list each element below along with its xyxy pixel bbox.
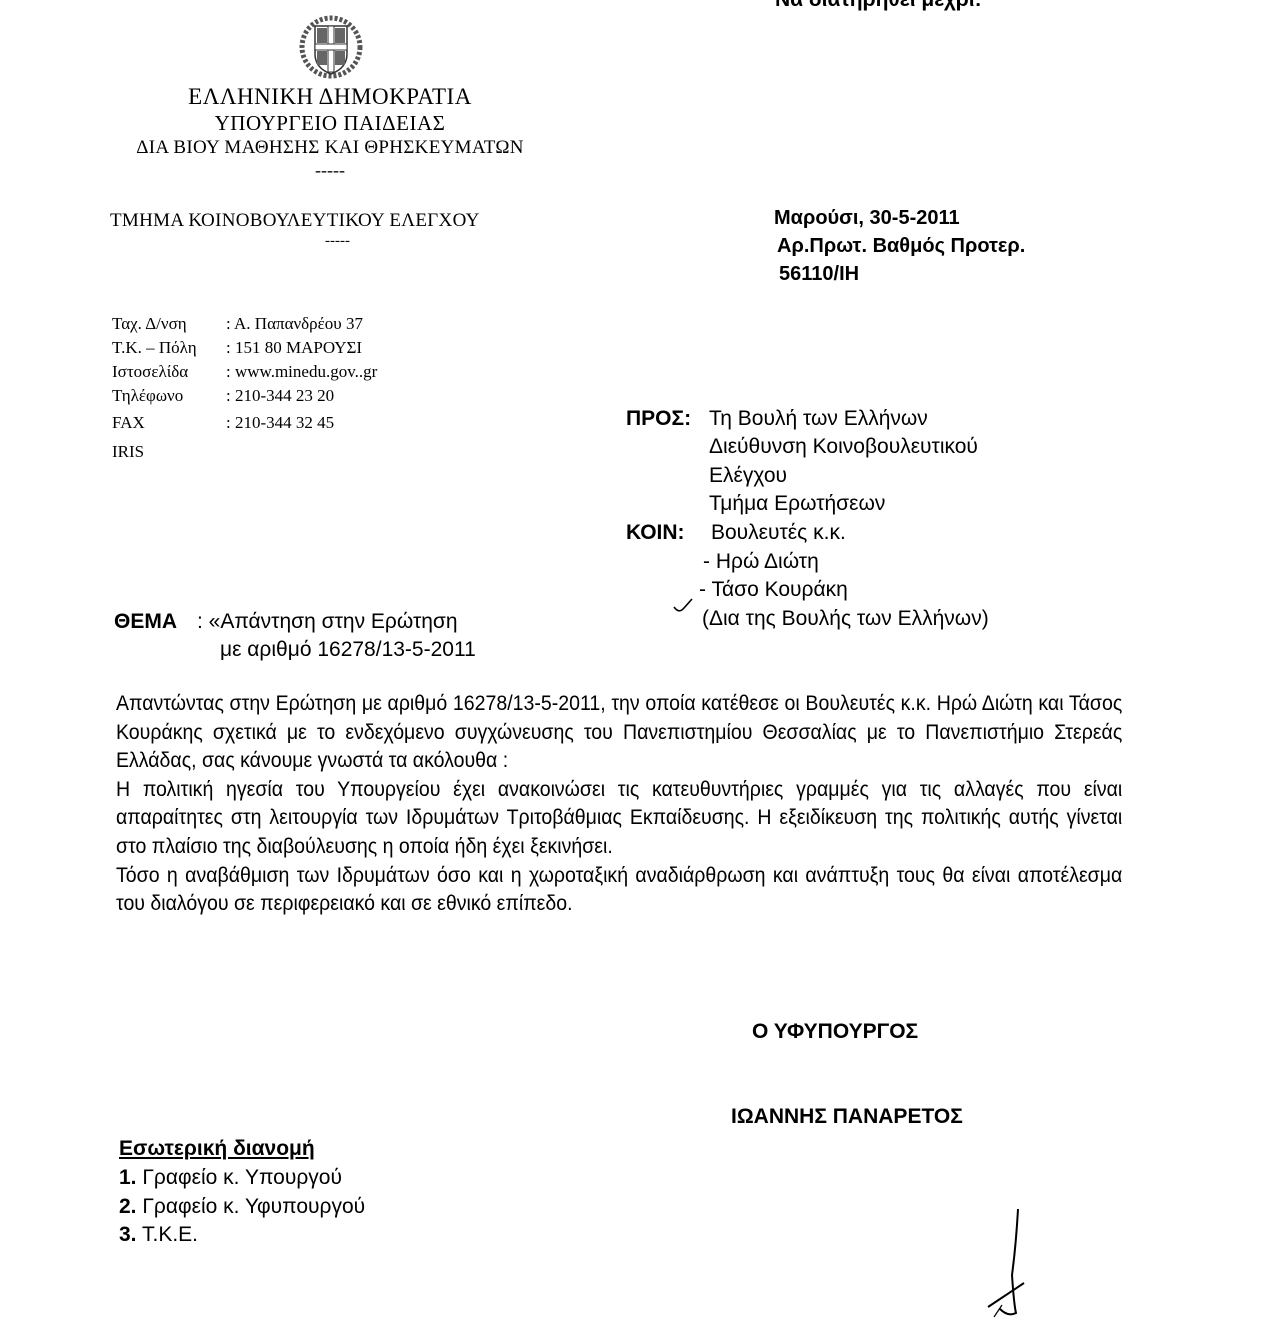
contact-postcode-city: Τ.Κ. – Πόλη: 151 80 ΜΑΡΟΥΣΙ bbox=[112, 338, 362, 358]
contact-label: FAX bbox=[112, 413, 226, 433]
to-line: Τμήμα Ερωτήσεων bbox=[709, 492, 885, 516]
signatory-title: Ο ΥΦΥΠΟΥΡΓΟΣ bbox=[752, 1020, 918, 1044]
header-ministry: ΥΠΟΥΡΓΕΙΟ ΠΑΙΔΕΙΑΣ bbox=[0, 111, 660, 136]
header-separator: ----- bbox=[0, 160, 660, 181]
distribution-item: 1. Γραφείο κ. Υπουργού bbox=[119, 1166, 342, 1190]
retention-note: Να διατηρηθεί μέχρι: bbox=[775, 0, 982, 12]
cc-line: (Δια της Βουλής των Ελλήνων) bbox=[702, 607, 989, 631]
distribution-item: 2. Γραφείο κ. Υφυπουργού bbox=[119, 1195, 365, 1219]
handwritten-signature-icon bbox=[980, 1205, 1040, 1320]
distribution-title: Εσωτερική διανομή bbox=[119, 1137, 315, 1161]
subject-label: ΘΕΜΑ bbox=[114, 610, 177, 634]
handwritten-check-icon bbox=[672, 597, 694, 617]
contact-label: IRIS bbox=[112, 442, 226, 462]
contact-value: : 210-344 23 20 bbox=[226, 386, 334, 405]
contact-fax: FAX: 210-344 32 45 bbox=[112, 413, 334, 433]
contact-iris: IRIS bbox=[112, 442, 226, 462]
header-country: ΕΛΛΗΝΙΚΗ ΔΗΜΟΚΡΑΤΙΑ bbox=[0, 84, 660, 110]
contact-value: : 210-344 32 45 bbox=[226, 413, 334, 432]
cc-line: Βουλευτές κ.κ. bbox=[711, 521, 846, 545]
contact-label: Ταχ. Δ/νση bbox=[112, 314, 226, 334]
to-line: Διεύθυνση Κοινοβουλευτικού bbox=[709, 435, 978, 459]
cc-line: - Τάσο Κουράκη bbox=[699, 578, 848, 602]
distribution-number: 3. bbox=[119, 1223, 137, 1246]
header-department: ΤΜΗΜΑ ΚΟΙΝΟΒΟΥΛΕΥΤΙΚΟΥ ΕΛΕΓΧΟΥ bbox=[110, 210, 480, 232]
body-paragraph: Η πολιτική ηγεσία του Υπουργείου έχει αν… bbox=[116, 776, 1122, 862]
contact-value: : Α. Παπανδρέου 37 bbox=[226, 314, 363, 333]
signatory-name: ΙΩΑΝΝΗΣ ΠΑΝΑΡΕΤΟΣ bbox=[731, 1105, 963, 1129]
to-line: Τη Βουλή των Ελλήνων bbox=[709, 407, 928, 431]
protocol-label: Αρ.Πρωτ. Βαθμός Προτερ. bbox=[777, 235, 1025, 258]
place-date: Μαρούσι, 30-5-2011 bbox=[774, 207, 960, 230]
contact-label: Ιστοσελίδα bbox=[112, 362, 226, 382]
distribution-item: 3. Τ.Κ.Ε. bbox=[119, 1223, 198, 1247]
contact-label: Τηλέφωνο bbox=[112, 386, 226, 406]
cc-line: - Ηρώ Διώτη bbox=[703, 550, 819, 574]
distribution-text: Τ.Κ.Ε. bbox=[137, 1223, 199, 1246]
subject-line: : «Απάντηση στην Ερώτηση bbox=[197, 610, 458, 634]
subject-line: με αριθμό 16278/13-5-2011 bbox=[220, 638, 476, 662]
department-separator: ----- bbox=[325, 233, 350, 250]
to-line: Ελέγχου bbox=[709, 464, 787, 488]
distribution-text: Γραφείο κ. Υφυπουργού bbox=[137, 1195, 366, 1218]
body-paragraph: Τόσο η αναβάθμιση των Ιδρυμάτων όσο και … bbox=[116, 862, 1122, 919]
cc-label: ΚΟΙΝ: bbox=[626, 521, 685, 545]
protocol-number: 56110/ΙΗ bbox=[779, 263, 859, 286]
contact-label: Τ.Κ. – Πόλη bbox=[112, 338, 226, 358]
body-paragraph: Απαντώντας στην Ερώτηση με αριθμό 16278/… bbox=[116, 690, 1122, 776]
distribution-number: 1. bbox=[119, 1166, 137, 1189]
to-label: ΠΡΟΣ: bbox=[626, 407, 691, 431]
letter-body: Απαντώντας στην Ερώτηση με αριθμό 16278/… bbox=[116, 690, 1052, 919]
distribution-text: Γραφείο κ. Υπουργού bbox=[137, 1166, 342, 1189]
distribution-number: 2. bbox=[119, 1195, 137, 1218]
contact-phone: Τηλέφωνο: 210-344 23 20 bbox=[112, 386, 334, 406]
coat-of-arms-icon bbox=[299, 14, 363, 80]
contact-website: Ιστοσελίδα: www.minedu.gov..gr bbox=[112, 362, 377, 382]
contact-value: : www.minedu.gov..gr bbox=[226, 362, 377, 381]
contact-value: : 151 80 ΜΑΡΟΥΣΙ bbox=[226, 338, 362, 357]
contact-address: Ταχ. Δ/νση: Α. Παπανδρέου 37 bbox=[112, 314, 363, 334]
header-ministry-subtitle: ΔΙΑ ΒΙΟΥ ΜΑΘΗΣΗΣ ΚΑΙ ΘΡΗΣΚΕΥΜΑΤΩΝ bbox=[0, 137, 660, 159]
